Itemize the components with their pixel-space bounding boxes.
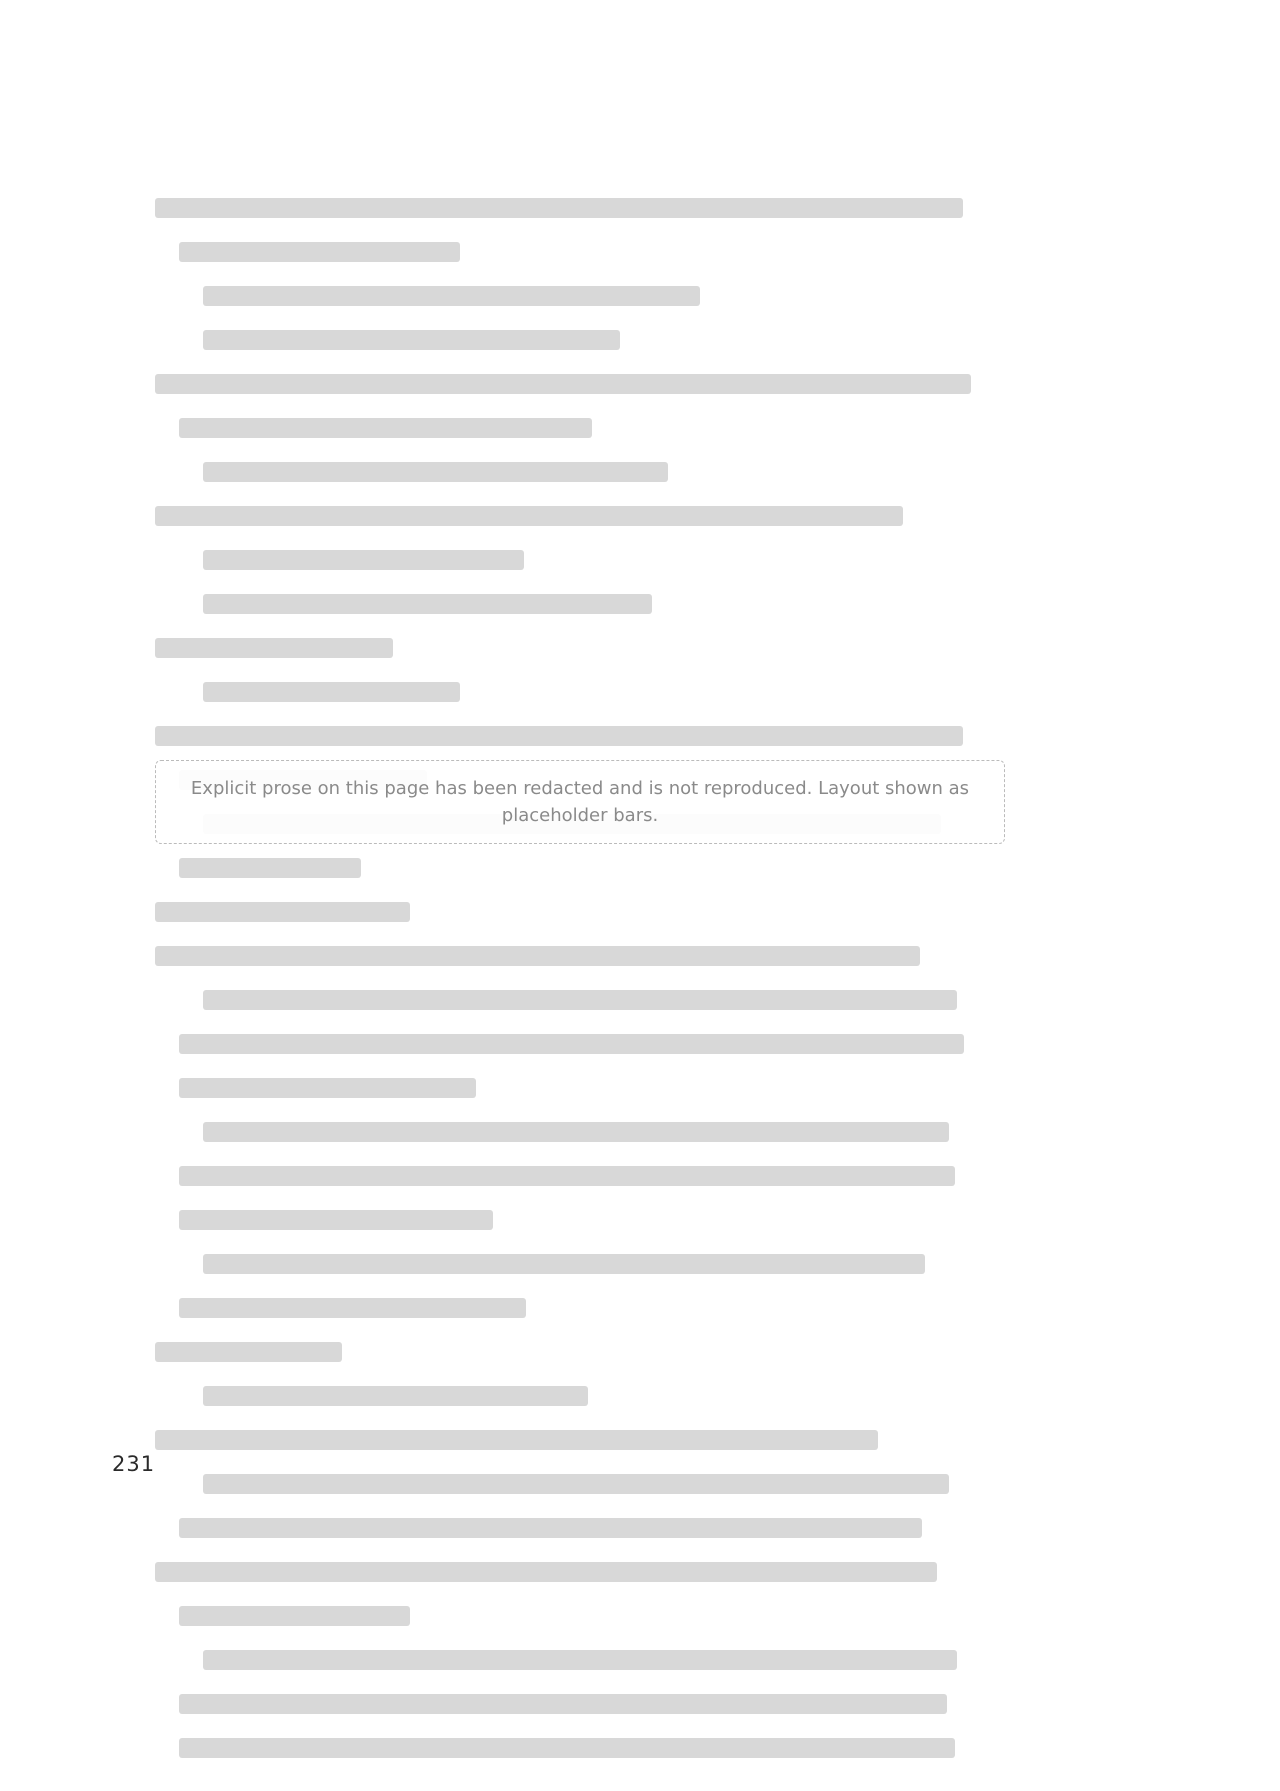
redacted-bar	[179, 1694, 947, 1714]
redacted-text-line	[203, 1120, 1005, 1144]
redacted-text-line	[155, 724, 1005, 748]
redacted-bar	[179, 858, 361, 878]
redacted-bar	[203, 462, 668, 482]
redaction-notice: Explicit prose on this page has been red…	[155, 760, 1005, 844]
redacted-text-line	[179, 856, 1005, 880]
redacted-bar	[155, 1342, 342, 1362]
redacted-text-line	[203, 328, 1005, 352]
redacted-bar	[203, 286, 700, 306]
redacted-text-line	[155, 504, 1005, 528]
redacted-bar	[179, 1298, 526, 1318]
redacted-text-line	[155, 1428, 1005, 1452]
page-number: 231	[112, 1452, 155, 1476]
body-text-block	[155, 196, 1005, 1780]
redacted-text-line	[203, 1252, 1005, 1276]
redacted-bar	[179, 242, 460, 262]
redacted-text-line	[179, 1164, 1005, 1188]
redacted-bar	[179, 1738, 955, 1758]
redacted-bar	[155, 946, 920, 966]
redacted-text-line	[203, 1384, 1005, 1408]
redacted-text-line	[155, 1560, 1005, 1584]
redacted-text-line	[203, 680, 1005, 704]
redacted-bar	[203, 1122, 949, 1142]
redacted-text-line	[179, 1208, 1005, 1232]
redacted-text-line	[203, 592, 1005, 616]
redacted-bar	[179, 1166, 955, 1186]
redacted-text-line	[203, 1472, 1005, 1496]
redacted-text-line	[179, 416, 1005, 440]
redacted-bar	[155, 198, 963, 218]
redacted-bar	[203, 330, 620, 350]
redacted-bar	[203, 594, 652, 614]
redacted-bar	[179, 1518, 922, 1538]
redacted-text-line	[179, 1692, 1005, 1716]
redacted-bar	[155, 1430, 878, 1450]
redacted-bar	[203, 682, 460, 702]
document-page: Explicit prose on this page has been red…	[0, 0, 1280, 1791]
redacted-bar	[179, 1078, 476, 1098]
redacted-text-line	[203, 1648, 1005, 1672]
redacted-text-line	[155, 372, 1005, 396]
redacted-text-line	[203, 460, 1005, 484]
redacted-bar	[155, 638, 393, 658]
redacted-text-line	[203, 284, 1005, 308]
redacted-text-line	[179, 1032, 1005, 1056]
redacted-bar	[179, 418, 592, 438]
redacted-bar	[203, 990, 957, 1010]
redacted-text-line	[179, 240, 1005, 264]
redacted-bar	[203, 550, 524, 570]
redacted-text-line	[179, 1604, 1005, 1628]
redacted-text-line	[155, 1340, 1005, 1364]
redacted-bar	[203, 1650, 957, 1670]
redacted-bar	[203, 1386, 588, 1406]
redacted-bar	[179, 1210, 493, 1230]
redacted-text-line	[179, 1296, 1005, 1320]
redacted-text-line	[155, 196, 1005, 220]
redacted-text-line	[179, 1516, 1005, 1540]
redacted-text-line	[203, 988, 1005, 1012]
redacted-text-line	[203, 548, 1005, 572]
redacted-text-line	[179, 1736, 1005, 1760]
redacted-bar	[203, 1254, 925, 1274]
redacted-text-line	[155, 900, 1005, 924]
redacted-bar	[155, 374, 971, 394]
redacted-bar	[155, 902, 410, 922]
redacted-bar	[155, 1562, 937, 1582]
redacted-bar	[155, 726, 963, 746]
redacted-text-line	[155, 636, 1005, 660]
redacted-bar	[179, 1606, 410, 1626]
redacted-bar	[155, 506, 903, 526]
redacted-bar	[203, 1474, 949, 1494]
redacted-text-line	[179, 1076, 1005, 1100]
redacted-text-line	[155, 944, 1005, 968]
redacted-bar	[179, 1034, 964, 1054]
